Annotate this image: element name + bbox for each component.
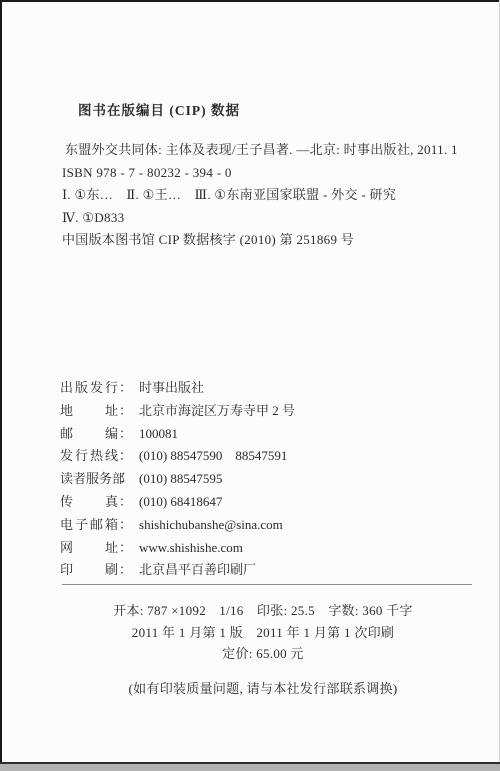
- row-label: 印 刷: [60, 559, 118, 578]
- row-label: 网 址: [60, 537, 118, 556]
- cip-header: 图书在版编目 (CIP) 数据: [78, 99, 240, 119]
- photo-background-band: [0, 764, 500, 771]
- cip-block: 东盟外交共同体: 主体及表现/王子昌著. —北京: 时事出版社, 2011. 1…: [62, 139, 458, 252]
- publisher-row-email: 电子邮箱：shishichubanshe@sina.com: [60, 514, 295, 537]
- row-colon: ：: [118, 423, 139, 442]
- row-colon: ：: [118, 468, 139, 487]
- cip-title-line: 东盟外交共同体: 主体及表现/王子昌著. —北京: 时事出版社, 2011. 1: [62, 139, 458, 162]
- isbn-line: ISBN 978 - 7 - 80232 - 394 - 0: [62, 162, 458, 185]
- row-label: 出版发行: [60, 377, 118, 396]
- row-value: (010) 88547590 88547591: [139, 448, 287, 463]
- publisher-row-fax: 传 真：(010) 68418647: [60, 491, 295, 514]
- quality-note-line: (如有印装质量问题, 请与本社发行部联系调换): [56, 678, 470, 697]
- book-copyright-page: 图书在版编目 (CIP) 数据 东盟外交共同体: 主体及表现/王子昌著. —北京…: [0, 0, 500, 771]
- row-value: 100081: [139, 426, 178, 441]
- publisher-row-reader-service: 读者服务部：(010) 88547595: [60, 468, 295, 491]
- row-colon: ：: [118, 377, 139, 396]
- row-colon: ：: [118, 400, 139, 419]
- row-value: www.shishishe.com: [139, 540, 243, 555]
- cip-class-number-line: Ⅳ. ①D833: [62, 207, 458, 230]
- row-colon: ：: [118, 445, 139, 464]
- section-divider-line: [62, 584, 472, 585]
- row-value: 北京昌平百善印刷厂: [139, 562, 256, 577]
- row-label: 地 址: [60, 400, 118, 419]
- publisher-row-postcode: 邮 编：100081: [60, 423, 295, 446]
- row-colon: ：: [118, 559, 139, 578]
- edition-line: 2011 年 1 月第 1 版 2011 年 1 月第 1 次印刷: [56, 622, 470, 644]
- row-colon: ：: [118, 514, 139, 533]
- publisher-row-publisher: 出版发行：时事出版社: [60, 377, 295, 400]
- row-colon: ：: [118, 491, 139, 510]
- cip-record-number-line: 中国版本图书馆 CIP 数据核字 (2010) 第 251869 号: [62, 229, 458, 252]
- format-line: 开本: 787 ×1092 1/16 印张: 25.5 字数: 360 千字: [56, 600, 470, 622]
- publisher-row-website: 网 址：www.shishishe.com: [60, 537, 295, 560]
- publisher-row-address: 地 址：北京市海淀区万寿寺甲 2 号: [60, 400, 295, 423]
- row-value: (010) 68418647: [139, 494, 222, 509]
- row-label: 读者服务部: [60, 468, 118, 487]
- row-label: 电子邮箱: [60, 514, 118, 533]
- page-edge-top: [0, 0, 500, 2]
- row-colon: ：: [118, 537, 139, 556]
- page-edge-left: [0, 0, 2, 764]
- row-value: 时事出版社: [139, 380, 204, 395]
- price-line: 定价: 65.00 元: [56, 643, 470, 665]
- row-label: 发行热线: [60, 445, 118, 464]
- publisher-row-printer: 印 刷：北京昌平百善印刷厂: [60, 559, 295, 582]
- cip-classification-line: Ⅰ. ①东… Ⅱ. ①王… Ⅲ. ①东南亚国家联盟 - 外交 - 研究: [62, 184, 458, 207]
- row-value: (010) 88547595: [139, 471, 222, 486]
- colophon-block: 开本: 787 ×1092 1/16 印张: 25.5 字数: 360 千字 2…: [56, 600, 470, 697]
- row-value: shishichubanshe@sina.com: [139, 517, 283, 532]
- row-value: 北京市海淀区万寿寺甲 2 号: [139, 403, 295, 418]
- row-label: 邮 编: [60, 423, 118, 442]
- publisher-row-sales-hotline: 发行热线：(010) 88547590 88547591: [60, 445, 295, 468]
- publisher-info-block: 出版发行：时事出版社 地 址：北京市海淀区万寿寺甲 2 号 邮 编：100081…: [60, 377, 295, 582]
- row-label: 传 真: [60, 491, 118, 510]
